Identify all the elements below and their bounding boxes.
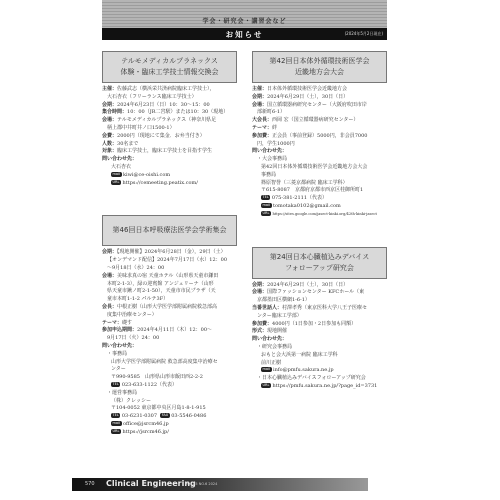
label-venue: 会場： — [102, 273, 117, 279]
value-venue: 国際ファッションセンター KFCホール（東 — [267, 289, 364, 295]
value-president: 中根正樹（山形大学医学部附属病院救急部高 — [117, 304, 217, 310]
value-organizer: 佐藤武志（横浜栄共済病院臨床工学技士）， — [117, 86, 215, 92]
value-registration-period: 2024年4月11日（木）12：00〜 — [137, 327, 212, 333]
mail-icon: mail — [261, 367, 272, 372]
event-terumo: テルモメディカルプラネックス 体験・臨床工学技士情報交換会 主催：佐藤武志（横浜… — [102, 51, 237, 187]
label-fee: 会費： — [102, 133, 117, 139]
journal-volume: VOL.35 NO.6 2024 — [185, 482, 217, 486]
value-organizer: 日本体外循環技術医学会近畿地方会 — [267, 86, 347, 92]
contact-email-link[interactable]: office@jsrcm46.jp — [123, 421, 169, 427]
spacer — [252, 219, 387, 247]
label-president: 大会長： — [252, 117, 272, 123]
event-title-line: テルモメディカルプラネックス — [105, 56, 234, 67]
value-date-cont: 【オンデマンド配信】2024年7月17日（水）12：00 — [102, 257, 237, 265]
label-theme: テーマ： — [102, 320, 122, 326]
value-date-cont: 〜9月18日（水）24：00 — [102, 265, 237, 273]
value-venue-cont: 京都墨田区横網1-6-1） — [252, 297, 387, 305]
label-meeting-time: 集合時間： — [102, 109, 127, 115]
value-venue-cont: 童市本町1-1-2 パルテ3F） — [102, 296, 237, 304]
contact-email-link[interactable]: kiwi@ce-oishi.com — [123, 172, 170, 178]
value-date: 2024年6月29日（土），30日（日） — [267, 282, 348, 288]
label-venue: 会場： — [102, 117, 117, 123]
mail-icon: mail — [111, 172, 122, 177]
value-venue-cont: 県天童市鍬ノ町2-1-50），天童市市民プラザ（天 — [102, 288, 237, 296]
label-fee: 参加費： — [252, 321, 272, 327]
url-icon: URL — [111, 180, 121, 185]
contact-heading: ・運営事務局 — [102, 390, 237, 398]
contact-email-link[interactable]: info@pmfu.sakura.ne.jp — [273, 367, 334, 373]
event-details: 主催：佐藤武志（横浜栄共済病院臨床工学技士）， 大石杏衣（フリーランス臨床工学技… — [102, 86, 237, 187]
contact-address: 〒990-9585 山形県山形市飯田西2-2-2 — [102, 374, 237, 382]
contact-line: 事務局 — [252, 172, 387, 180]
contact-heading: ・大会事務局 — [252, 156, 387, 164]
fax-icon: FAX — [160, 413, 169, 418]
spacer — [102, 187, 237, 215]
event-title-line: 近畿地方会大会 — [255, 67, 384, 78]
label-date: 会期： — [102, 249, 117, 255]
value-theme: 礎す — [122, 320, 132, 326]
value-registration-cont: 9月17日（火）24：00 — [102, 335, 237, 343]
event-details: 会期：【現地開催】2024年6月28日（金），29日（土） 【オンデマンド配信】… — [102, 249, 237, 436]
contact-url-link[interactable]: https://jsrcm46.jp/ — [122, 429, 169, 435]
contact-tel: 075-381-2111（代表） — [272, 195, 327, 201]
contact-name: 大石杏衣 — [102, 164, 237, 172]
tel-icon: TEL — [111, 382, 120, 387]
label-venue: 会場： — [252, 102, 267, 108]
event-title-line: フォローアップ研究会 — [255, 263, 384, 274]
date-note: (2024年5月2日現在) — [345, 31, 383, 37]
label-organizer: 主催： — [102, 86, 117, 92]
label-date: 会期： — [252, 282, 267, 288]
value-format: 現地開催 — [267, 328, 287, 334]
event-title-box: 第24回日本心臓植込みデバイス フォローアップ研究会 — [252, 247, 387, 279]
label-host: 当番世話人： — [252, 305, 282, 311]
event-pmfu: 第24回日本心臓植込みデバイス フォローアップ研究会 会期：2024年6月29日… — [252, 247, 387, 391]
value-capacity: 30名まで — [117, 141, 138, 147]
contact-heading: ・研究会事務局 — [252, 344, 387, 352]
tel-icon: TEL — [261, 195, 270, 200]
contact-url-link[interactable]: https://cemeeting.peatix.com/ — [122, 180, 198, 186]
contact-tel: 023-633-1122（代表） — [122, 382, 177, 388]
label-organizer: 主催： — [252, 86, 267, 92]
page-footer: 570 Clinical Engineering VOL.35 NO.6 202… — [72, 478, 368, 491]
event-details: 会期：2024年6月29日（土），30日（日） 会場：国際ファッションセンター … — [252, 282, 387, 391]
value-president: 西岡 宏（国立循環器病研究センター） — [272, 117, 358, 123]
label-theme: テーマ： — [252, 125, 272, 131]
contact-url-link[interactable]: https://sites.google.com/jasect-kinki.or… — [272, 212, 377, 216]
value-president-cont: 度集中治療センター） — [102, 312, 237, 320]
value-fee: 4000円（1日参加・2日参加も同額） — [272, 321, 356, 327]
value-theme: 絆 — [272, 125, 277, 131]
label-contact: 問い合わせ先： — [102, 156, 137, 162]
contact-address: 〒104-0052 東京都中央区月島1-8-1-915 — [102, 405, 237, 413]
contact-address: 〒615-8087 京都府京都市西京区桂御所町1 — [252, 187, 387, 195]
label-contact: 問い合わせ先： — [102, 343, 137, 349]
value-fee: 2000円（現地にて集金．お弁当付き） — [117, 133, 205, 139]
value-host-cont: ンター臨床工学部） — [252, 313, 387, 321]
value-venue-cont: 柄上郡中井町井ノ口1500-1） — [102, 125, 237, 133]
contact-url-link[interactable]: https://pmfu.sakura.ne.jp/?page_id=3731 — [272, 383, 377, 389]
value-meeting-time: 10：00（JR二宮駅）または10：30（現地） — [127, 109, 228, 115]
event-title-line: 第46回日本呼吸療法医学会学術集会 — [105, 225, 234, 236]
value-host: 村澤孝秀（東京医科大学八王子医療セ — [282, 305, 367, 311]
value-venue: 美味求真の宿 天童ホテル（山形県天童市鎌田 — [117, 273, 218, 279]
page-number: 570 — [85, 481, 95, 487]
event-title-line: 第24回日本心臓植込みデバイス — [255, 252, 384, 263]
mail-icon: mail — [111, 421, 122, 426]
contact-line: ンター — [102, 366, 237, 374]
header-title-bar: お知らせ (2024年5月2日現在) — [102, 28, 387, 40]
event-details: 主催：日本体外循環技術医学会近畿地方会 会期：2024年6月29日（土），30日… — [252, 86, 387, 219]
contact-email-link[interactable]: tomotaka0102@gmail.com — [273, 203, 341, 209]
header-subtitle: 学会・研究会・講習会など — [102, 16, 387, 25]
url-icon: URL — [111, 429, 121, 434]
event-title-box: 第46回日本呼吸療法医学会学術集会 — [102, 215, 237, 246]
label-format: 形式： — [252, 328, 267, 334]
event-title-line: 第42回日本体外循環技術医学会 — [255, 56, 384, 67]
event-title-line: 体験・臨床工学技士情報交換会 — [105, 67, 234, 78]
label-capacity: 人数： — [102, 141, 117, 147]
mail-icon: mail — [261, 203, 272, 208]
contact-heading: ・事務局 — [102, 351, 237, 359]
event-title-box: 第42回日本体外循環技術医学会 近畿地方会大会 — [252, 51, 387, 83]
contact-line: 第42回日本体外循環技術医学会近畿地方会大会 — [252, 164, 387, 172]
label-date: 会期： — [102, 102, 117, 108]
label-fee: 参加費： — [252, 133, 272, 139]
event-jsrcm46: 第46回日本呼吸療法医学会学術集会 会期：【現地開催】2024年6月28日（金）… — [102, 215, 237, 436]
event-jasect-kinki: 第42回日本体外循環技術医学会 近畿地方会大会 主催：日本体外循環技術医学会近畿… — [252, 51, 387, 219]
journal-title: Clinical Engineering — [106, 479, 196, 488]
value-date: 【現地開催】2024年6月28日（金），29日（土） — [117, 249, 226, 255]
label-date: 会期： — [252, 94, 267, 100]
value-organizer-cont: 大石杏衣（フリーランス臨床工学技士） — [102, 94, 237, 102]
event-title-box: テルモメディカルプラネックス 体験・臨床工学技士情報交換会 — [102, 51, 237, 83]
contact-line: おもと会大浜第一病院 臨床工学科 — [252, 352, 387, 360]
value-venue: 国立循環器病研究センター（大阪府吹田市岸 — [267, 102, 367, 108]
value-date: 2024年6月23日（日）10：30〜15：00 — [117, 102, 210, 108]
right-column: 第42回日本体外循環技術医学会 近畿地方会大会 主催：日本体外循環技術医学会近畿… — [252, 51, 387, 391]
contact-tel: 03-6231-0307 — [122, 413, 157, 419]
value-target: 臨床工学技士，臨床工学技士を目指す学生 — [117, 148, 212, 154]
value-venue: テルモメディカルプラネックス（神奈川県足 — [117, 117, 216, 123]
value-fee: 正会員（事前登録）5000円，非会員7000 — [272, 133, 367, 139]
tel-icon: TEL — [111, 413, 120, 418]
label-contact: 問い合わせ先： — [252, 336, 287, 342]
left-column: テルモメディカルプラネックス 体験・臨床工学技士情報交換会 主催：佐藤武志（横浜… — [102, 51, 237, 436]
label-registration-period: 参加申込期間： — [102, 327, 137, 333]
label-contact: 問い合わせ先： — [252, 148, 287, 154]
label-target: 対象： — [102, 148, 117, 154]
url-icon: URL — [261, 211, 271, 216]
value-date: 2024年6月29日（土），30日（日） — [267, 94, 348, 100]
label-president: 会長： — [102, 304, 117, 310]
label-venue: 会場： — [252, 289, 267, 295]
contact-heading: ・日本心臓植込みデバイスフォローアップ研究会 — [252, 375, 387, 383]
contact-fax: 03-5546-0486 — [171, 413, 206, 419]
url-icon: URL — [261, 383, 271, 388]
